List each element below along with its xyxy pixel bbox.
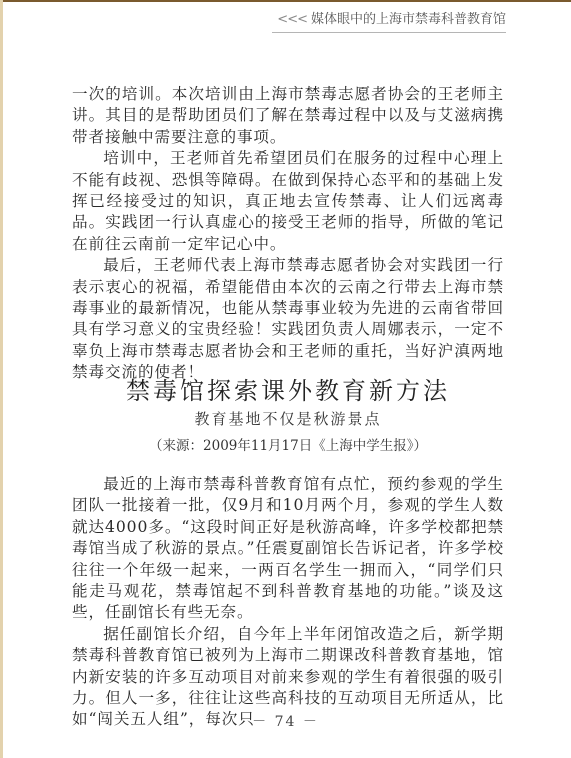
article-heading: 禁毒馆探索课外教育新方法 教育基地不仅是秋游景点 （来源：2009年11月17日… (72, 376, 504, 456)
page-left-edge (0, 0, 3, 758)
article-source: （来源：2009年11月17日《上海中学生报》） (72, 436, 504, 456)
section-body: 一次的培训。本次培训由上海市禁毒志愿者协会的王老师主讲。其目的是帮助团员们了解在… (72, 84, 504, 384)
running-header-title: 媒体眼中的上海市禁毒科普教育馆 (311, 12, 506, 27)
paragraph: 一次的培训。本次培训由上海市禁毒志愿者协会的王老师主讲。其目的是帮助团员们了解在… (72, 84, 504, 148)
chevrons-left-icon: <<< (277, 12, 307, 27)
paragraph: 培训中，王老师首先希望团员们在服务的过程中心理上不能有歧视、恐惧等障碍。在做到保… (72, 148, 504, 255)
article-body: 最近的上海市禁毒科普教育馆有点忙，预约参观的学生团队一批接着一批，仅9月和10月… (72, 474, 504, 731)
running-header: <<<媒体眼中的上海市禁毒科普教育馆 (272, 10, 506, 33)
page-number: － 74 － (0, 711, 571, 731)
article-title: 禁毒馆探索课外教育新方法 (72, 376, 504, 406)
paragraph: 最后，王老师代表上海市禁毒志愿者协会对实践团一行表示衷心的祝福，希望能借由本次的… (72, 255, 504, 383)
paragraph: 最近的上海市禁毒科普教育馆有点忙，预约参观的学生团队一批接着一批，仅9月和10月… (72, 474, 504, 624)
top-border-rule (0, 0, 571, 2)
article-subtitle: 教育基地不仅是秋游景点 (72, 408, 504, 430)
